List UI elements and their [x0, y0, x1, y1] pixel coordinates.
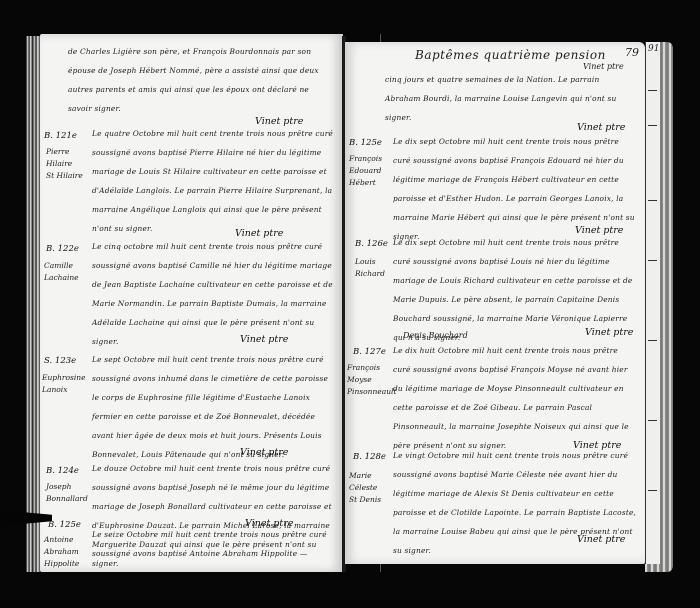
entry-number: B. 126e	[355, 239, 388, 249]
margin-name-line: Pierre	[46, 146, 83, 158]
margin-name-line: Joseph	[46, 481, 88, 493]
left-page: de Charles Ligière son père, et François…	[40, 34, 343, 572]
edge-tick-mark	[648, 340, 657, 341]
entry-number: B. 128e	[353, 452, 386, 462]
margin-name-entry-128: Marie Céleste St Denis	[349, 470, 381, 506]
edge-tick-mark	[648, 260, 657, 261]
margin-name-line: Camille	[44, 260, 79, 272]
right-page: Baptêmes quatrième pension 79 Vinet ptre…	[345, 42, 645, 564]
book-spine-edge	[26, 36, 40, 572]
edge-tick-mark	[648, 200, 657, 201]
margin-name-entry-125b: François Edouard Hébert	[349, 153, 382, 189]
margin-name-line: Marie	[349, 470, 381, 482]
margin-name-line: Louis	[355, 256, 385, 268]
right-continuation-text: cinq jours et quatre semaines de la Nati…	[385, 70, 635, 127]
margin-name-line: Euphrosine	[42, 372, 86, 384]
margin-name-entry-123: Euphrosine Lanoix	[42, 372, 86, 396]
entry-number: B. 125e	[48, 520, 81, 530]
margin-name-line: Edouard	[349, 165, 382, 177]
entry-signature: Vinet ptre	[585, 327, 633, 338]
page-header: Baptêmes quatrième pension	[415, 48, 606, 62]
edge-tick-mark	[648, 125, 657, 126]
entry-number: B. 122e	[46, 244, 79, 254]
entry-text-125: Le seize Octobre mil huit cent trente tr…	[92, 525, 334, 563]
margin-name-line: Céleste	[349, 482, 381, 494]
edge-tick-mark	[648, 420, 657, 421]
entry-text-127: Le dix huit Octobre mil huit cent trente…	[393, 341, 637, 455]
margin-name-line: Hilaire	[46, 158, 83, 170]
edge-tick-mark	[648, 90, 657, 91]
margin-name-line: Hippolite	[44, 558, 79, 570]
entry-signature: Vinet ptre	[240, 447, 288, 458]
entry-text-122: Le cinq octobre mil huit cent trente tro…	[92, 237, 334, 351]
margin-name-line: Lachaine	[44, 272, 79, 284]
margin-name-entry-127: François Moyse Pinsonneault	[347, 362, 396, 398]
margin-name-line: François	[347, 362, 396, 374]
page-number: 79	[625, 46, 639, 59]
entry-annotation: Denis Bouchard	[403, 331, 468, 340]
entry-number: S. 123e	[44, 356, 76, 366]
margin-name-line: Antoine	[44, 534, 79, 546]
margin-name-entry-122: Camille Lachaine	[44, 260, 79, 284]
entry-signature: Vinet ptre	[240, 334, 288, 345]
margin-name-line: François	[349, 153, 382, 165]
edge-number: 91	[648, 44, 659, 54]
margin-name-line: St Hilaire	[46, 170, 83, 182]
margin-name-line: Pinsonneault	[347, 386, 396, 398]
entry-number: B. 127e	[353, 347, 386, 357]
margin-name-entry-121: Pierre Hilaire St Hilaire	[46, 146, 83, 182]
margin-name-line: Bonnallard	[46, 493, 88, 505]
entry-number: B. 124e	[46, 466, 79, 476]
margin-name-line: Lanoix	[42, 384, 86, 396]
margin-name-entry-125: Antoine Abraham Hippolite	[44, 534, 79, 570]
left-continuation-text: de Charles Ligière son père, et François…	[68, 42, 330, 118]
margin-name-entry-124: Joseph Bonnallard	[46, 481, 88, 505]
margin-name-line: Richard	[355, 268, 385, 280]
margin-name-line: Abraham	[44, 546, 79, 558]
entry-text-123: Le sept Octobre mil huit cent trente tro…	[92, 350, 334, 464]
entry-number: B. 121e	[44, 131, 77, 141]
entry-number: B. 125e	[349, 138, 382, 148]
margin-name-line: Moyse	[347, 374, 396, 386]
entry-text-121: Le quatre Octobre mil huit cent trente t…	[92, 124, 334, 238]
entry-signature: Vinet ptre	[577, 534, 625, 545]
margin-name-line: Hébert	[349, 177, 382, 189]
edge-tick-mark	[648, 490, 657, 491]
margin-name-entry-126: Louis Richard	[355, 256, 385, 280]
edge-margin-column: 91	[645, 42, 660, 564]
margin-name-line: St Denis	[349, 494, 381, 506]
